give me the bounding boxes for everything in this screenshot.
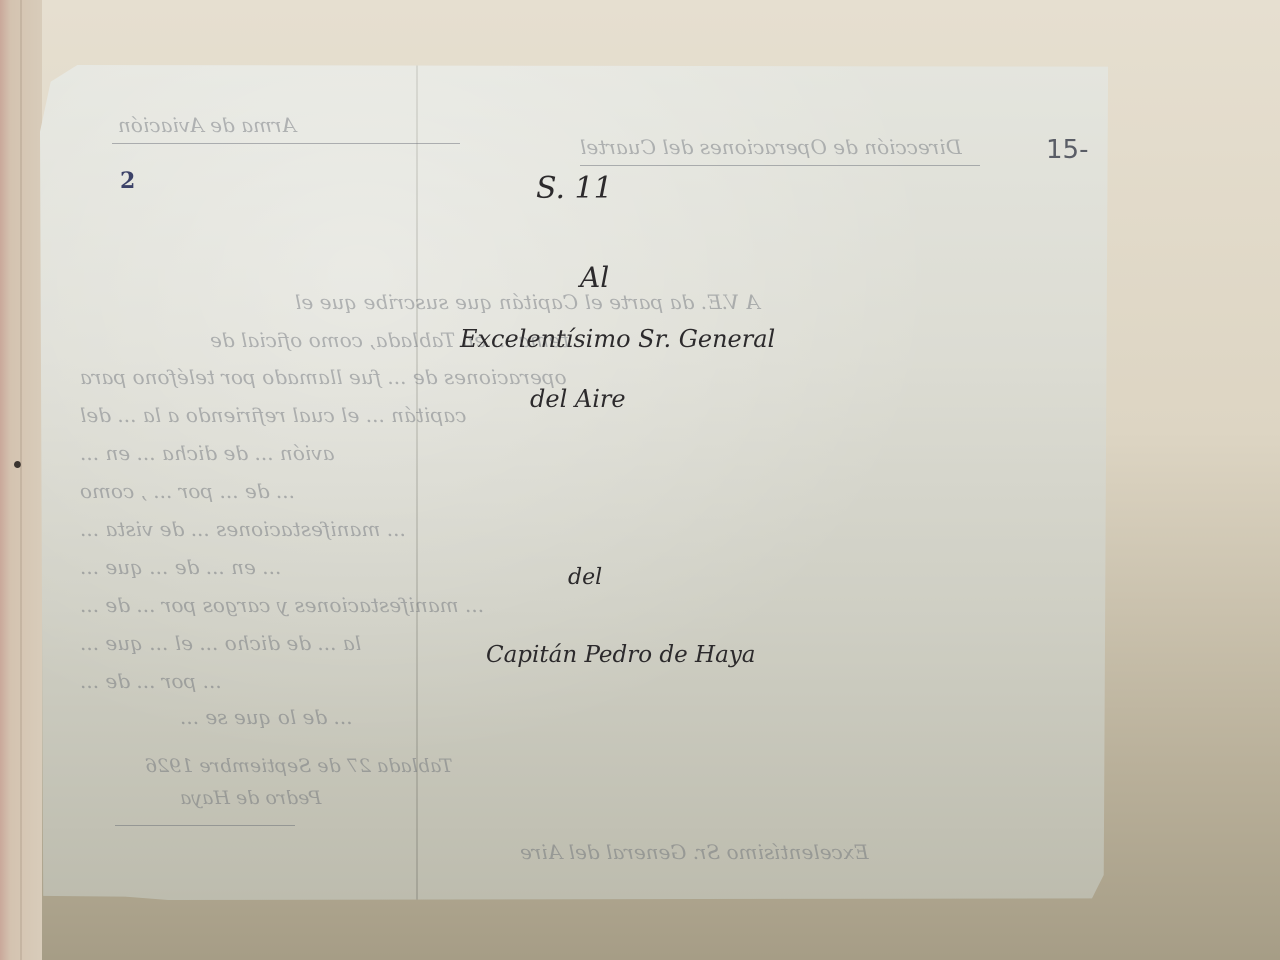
- bleed-body-line: ... de ... por ... , como: [80, 479, 295, 503]
- bleed-body-line: A V.E. da parte el Capitán que suscribe …: [295, 290, 760, 314]
- sender-prefix: del: [568, 565, 602, 590]
- bleed-date-line: Tablada 27 de Septiembre 1926: [145, 755, 453, 777]
- bleed-body-line: ... en ... de ... que ...: [80, 555, 281, 579]
- bleed-signature-name: Pedro de Haya: [180, 787, 321, 809]
- file-number: S. 11: [536, 171, 613, 206]
- bleed-header-right: Dirección de Operaciones del Cuartel: [580, 135, 962, 159]
- bleed-underline-right: [580, 165, 980, 166]
- bleed-signature-rule: [115, 825, 295, 826]
- punch-hole: [14, 461, 21, 468]
- bleed-body-line: capitán ... el cual refiriendo a la ... …: [80, 403, 466, 427]
- bleed-body-line: operaciones de ... fue llamado por teléf…: [80, 365, 567, 389]
- bleed-body-line: ... manifestaciones y cargos por ... de …: [80, 593, 484, 617]
- recipient-branch: del Aire: [530, 385, 626, 413]
- document-sheet: Arma de Aviación Dirección de Operacione…: [40, 65, 1108, 900]
- cardboard-backdrop-edge: [0, 0, 42, 960]
- bleed-body-line: la ... de dicho ... el ... que ...: [80, 631, 361, 655]
- recipient-prefix: Al: [580, 261, 609, 294]
- page-number: 15-: [1046, 135, 1088, 165]
- bleed-body-line: ... manifestaciones ... de vista ...: [80, 517, 406, 541]
- bleed-header-left: Arma de Aviación: [118, 113, 296, 137]
- bleed-address-line: Excelentísimo Sr. General del Aire: [520, 840, 869, 864]
- corner-mark: 2: [120, 168, 135, 194]
- bleed-body-line: avión ... de dicha ... en ...: [80, 441, 334, 465]
- bleed-underline-left: [112, 143, 460, 144]
- bleed-body-line: ... por ... de ...: [80, 669, 222, 693]
- bleed-body-line: ... de lo que se ...: [180, 705, 353, 729]
- recipient-title: Excelentísimo Sr. General: [460, 325, 775, 353]
- sender-name: Capitán Pedro de Haya: [486, 642, 756, 668]
